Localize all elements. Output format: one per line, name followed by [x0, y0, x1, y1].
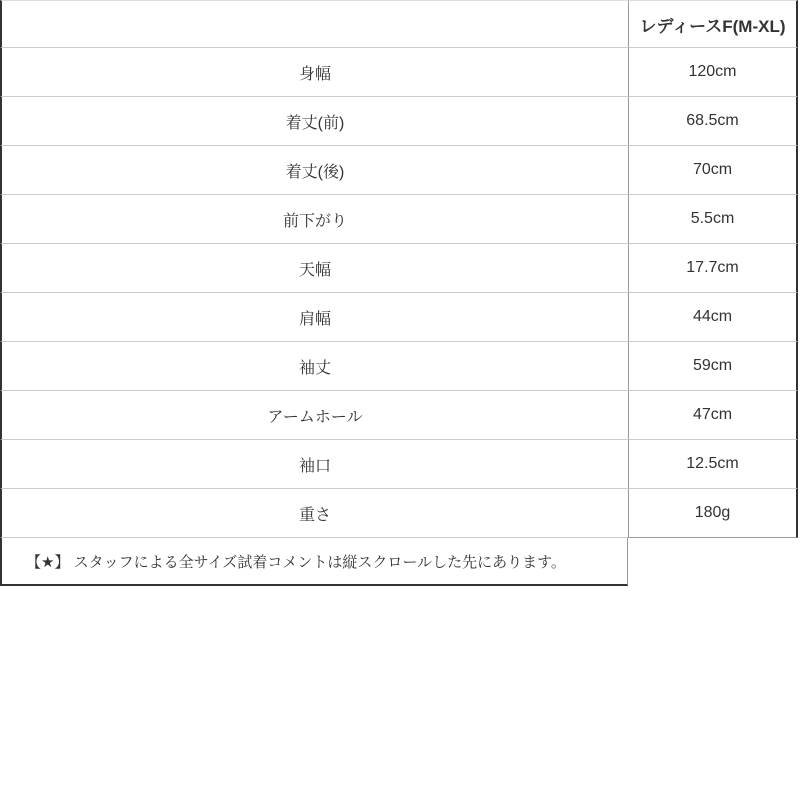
row-value-front-drop: 5.5cm: [628, 195, 798, 244]
footer-note: 【★】 スタッフによる全サイズ試着コメントは縦スクロールした先にあります。: [0, 538, 628, 586]
footer-empty-area: [628, 538, 798, 586]
row-label-sleeve-length: 袖丈: [0, 342, 628, 391]
row-label-weight: 重さ: [0, 489, 628, 538]
row-label-armhole: アームホール: [0, 391, 628, 440]
row-label-front-drop: 前下がり: [0, 195, 628, 244]
row-value-shoulder-width: 44cm: [628, 293, 798, 342]
row-value-length-back: 70cm: [628, 146, 798, 195]
header-size-cell: レディースF(M-XL): [628, 0, 798, 48]
row-label-shoulder-width: 肩幅: [0, 293, 628, 342]
row-label-neck-width: 天幅: [0, 244, 628, 293]
row-value-neck-width: 17.7cm: [628, 244, 798, 293]
row-value-cuff: 12.5cm: [628, 440, 798, 489]
size-spec-table: レディースF(M-XL) 身幅 120cm 着丈(前) 68.5cm 着丈(後)…: [0, 0, 798, 586]
row-label-length-back: 着丈(後): [0, 146, 628, 195]
header-label-cell: [0, 0, 628, 48]
row-label-cuff: 袖口: [0, 440, 628, 489]
row-value-body-width: 120cm: [628, 48, 798, 97]
row-value-length-front: 68.5cm: [628, 97, 798, 146]
row-value-armhole: 47cm: [628, 391, 798, 440]
row-label-body-width: 身幅: [0, 48, 628, 97]
row-label-length-front: 着丈(前): [0, 97, 628, 146]
row-value-weight: 180g: [628, 489, 798, 538]
row-value-sleeve-length: 59cm: [628, 342, 798, 391]
